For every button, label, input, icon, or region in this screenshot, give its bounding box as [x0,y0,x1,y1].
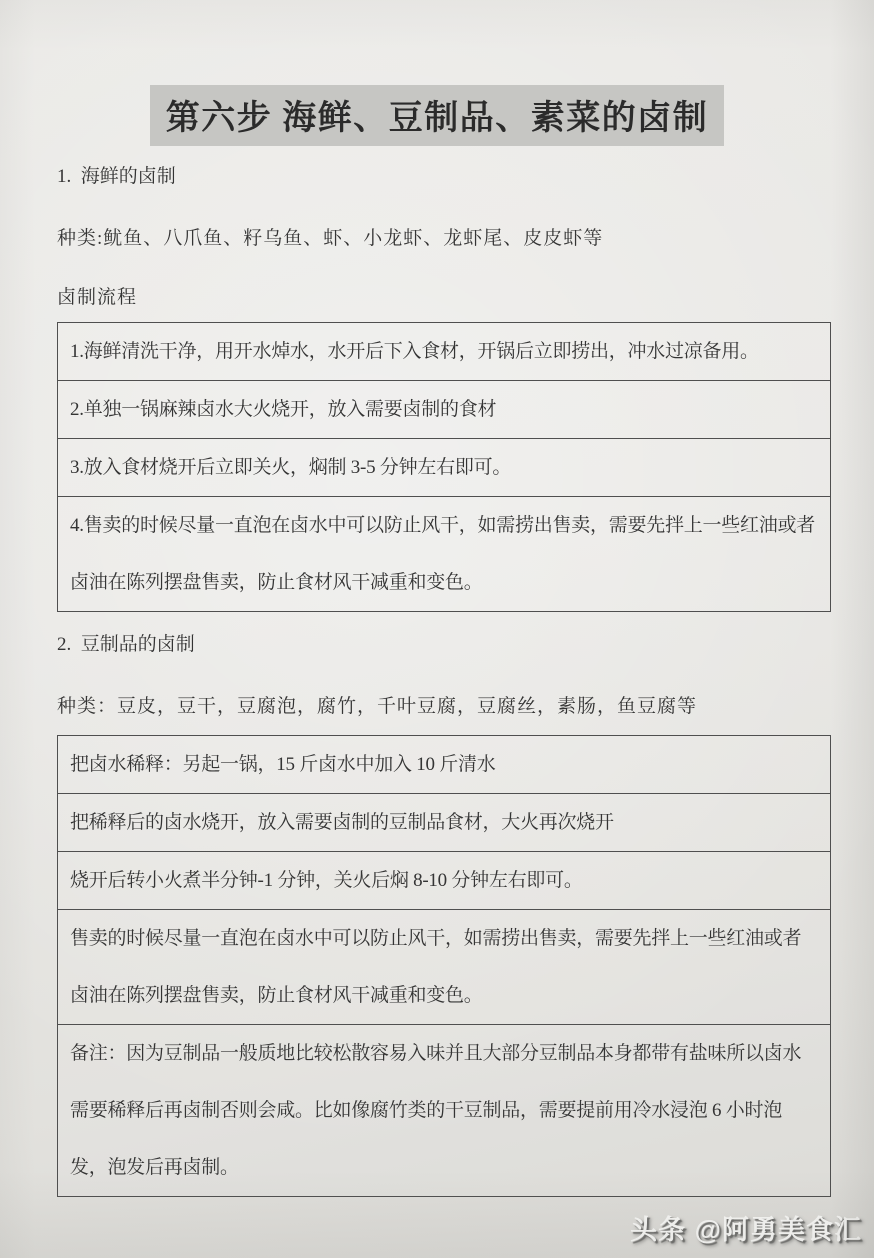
section-heading-seafood: 1. 海鲜的卤制 [57,163,831,190]
table-row: 把稀释后的卤水烧开，放入需要卤制的豆制品食材，大火再次烧开 [58,794,830,852]
seafood-steps-table: 1.海鲜清洗干净，用开水焯水，水开后下入食材，开锅后立即捞出，冲水过凉备用。 2… [57,322,831,612]
table-row: 4.售卖的时候尽量一直泡在卤水中可以防止风干，如需捞出售卖，需要先拌上一些红油或… [58,497,830,611]
tofu-steps-table: 把卤水稀释：另起一锅，15 斤卤水中加入 10 斤清水 把稀释后的卤水烧开，放入… [57,735,831,1197]
table-row: 备注：因为豆制品一般质地比较松散容易入味并且大部分豆制品本身都带有盐味所以卤水需… [58,1025,830,1196]
table-row: 把卤水稀释：另起一锅，15 斤卤水中加入 10 斤清水 [58,736,830,794]
document-content: 1. 海鲜的卤制 种类:鱿鱼、八爪鱼、籽乌鱼、虾、小龙虾、龙虾尾、皮皮虾等 卤制… [0,163,874,1197]
section-heading-tofu: 2. 豆制品的卤制 [57,631,831,658]
table-row: 1.海鲜清洗干净，用开水焯水，水开后下入食材，开锅后立即捞出，冲水过凉备用。 [58,323,830,381]
table-row: 售卖的时候尽量一直泡在卤水中可以防止风干，如需捞出售卖，需要先拌上一些红油或者卤… [58,910,830,1025]
table-row: 3.放入食材烧开后立即关火，焖制 3-5 分钟左右即可。 [58,439,830,497]
seafood-types-line: 种类:鱿鱼、八爪鱼、籽乌鱼、虾、小龙虾、龙虾尾、皮皮虾等 [57,225,831,252]
toutiao-watermark: 头条 @阿勇美食汇 [630,1208,862,1247]
page-title: 第六步 海鲜、豆制品、素菜的卤制 [150,85,725,146]
table-row: 烧开后转小火煮半分钟-1 分钟，关火后焖 8-10 分钟左右即可。 [58,852,830,910]
title-section: 第六步 海鲜、豆制品、素菜的卤制 [0,0,874,146]
document-page: 第六步 海鲜、豆制品、素菜的卤制 1. 海鲜的卤制 种类:鱿鱼、八爪鱼、籽乌鱼、… [0,0,874,1258]
table-row: 2.单独一锅麻辣卤水大火烧开，放入需要卤制的食材 [58,381,830,439]
braising-process-label: 卤制流程 [57,284,831,311]
tofu-types-line: 种类：豆皮，豆干，豆腐泡，腐竹，千叶豆腐，豆腐丝，素肠，鱼豆腐等 [57,693,831,720]
